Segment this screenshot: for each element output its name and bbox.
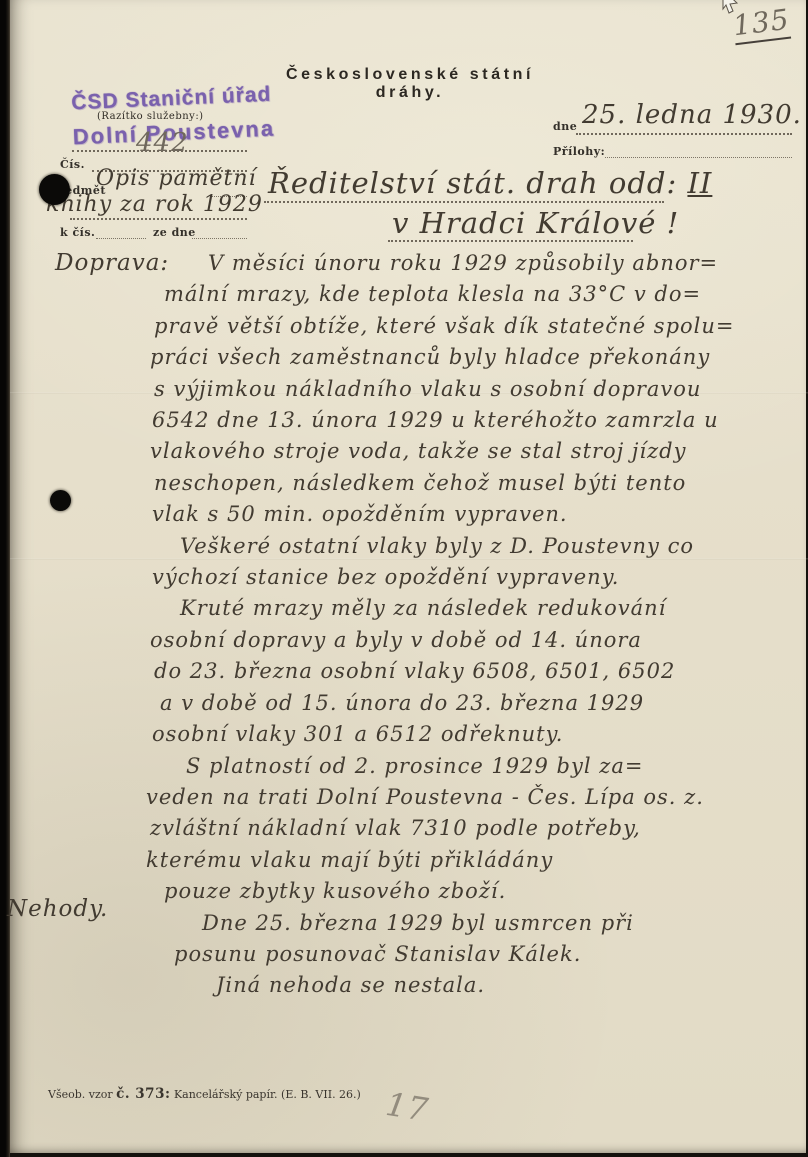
punch-hole [39, 174, 70, 205]
imprint-number: č. 373: [116, 1086, 170, 1102]
report-body-line: vlakového stroje voda, takže se stal str… [140, 436, 800, 467]
document-number: 442 [136, 128, 189, 158]
report-body-line: kterému vlaku mají býti přikládány [140, 845, 800, 876]
report-body-line: osobní dopravy a byly v době od 14. únor… [140, 625, 800, 656]
punch-hole [50, 490, 71, 511]
form-imprint: Všeob. vzor č. 373: Kancelářský papír. (… [48, 1086, 361, 1102]
report-body-line: posunu posunovač Stanislav Kálek. [140, 939, 800, 970]
report-body: V měsíci únoru roku 1929 způsobily abnor… [140, 248, 800, 1002]
report-body-line: do 23. března osobní vlaky 6508, 6501, 6… [140, 656, 800, 687]
pencil-page-number: 17 [383, 1085, 431, 1129]
margin-label-nehody: Nehody. [7, 896, 108, 922]
k-cis-label: k čís. [60, 226, 95, 239]
imprint-suffix: Kancelářský papír. (E. B. VII. 26.) [170, 1088, 360, 1101]
report-body-line: s výjimkou nákladního vlaku s osobní dop… [140, 374, 800, 405]
report-body-line: pravě větší obtíže, které však dík state… [140, 311, 800, 342]
report-body-line: Veškeré ostatní vlaky byly z D. Poustevn… [140, 531, 800, 562]
report-body-line: veden na trati Dolní Poustevna - Čes. Lí… [140, 782, 800, 813]
report-body-line: neschopen, následkem čehož musel býti te… [140, 468, 800, 499]
mouse-cursor-icon [720, 0, 742, 14]
report-body-line: Dne 25. března 1929 byl usmrcen při [140, 908, 800, 939]
report-body-line: zvláštní nákladní vlak 7310 podle potřeb… [140, 813, 800, 844]
form-rule [70, 218, 247, 220]
date-label: dne [553, 120, 577, 133]
form-rule [605, 157, 792, 158]
imprint-prefix: Všeob. vzor [48, 1088, 116, 1101]
report-body-line: Kruté mrazy měly za následek redukování [140, 593, 800, 624]
stamp-caption: (Razítko služebny:) [97, 111, 204, 122]
addressee-department-numeral: II [687, 166, 712, 200]
addressee-line1: Ředitelství stát. drah odd: II [268, 166, 712, 200]
letterhead-title: Československé státní dráhy. [250, 66, 570, 102]
report-body-line: pouze zbytky kusového zboží. [140, 876, 800, 907]
ze-dne-label: ze dne [153, 226, 196, 239]
report-body-line: mální mrazy, kde teplota klesla na 33°C … [140, 279, 800, 310]
report-body-line: vlak s 50 min. opožděním vypraven. [140, 499, 800, 530]
subject-value-line1: Opis pamětní [96, 166, 257, 191]
report-body-line: Jiná nehoda se nestala. [140, 970, 800, 1001]
report-body-line: V měsíci únoru roku 1929 způsobily abnor… [140, 248, 800, 279]
attachments-label: Přílohy: [553, 145, 605, 158]
addressee-line2: v Hradci Králové ! [392, 206, 679, 240]
report-body-line: S platností od 2. prosince 1929 byl za= [140, 751, 800, 782]
subject-value-line2: knihy za rok 1929 [46, 192, 263, 217]
form-rule [576, 133, 792, 135]
addressee-rule [388, 240, 633, 242]
report-body-line: práci všech zaměstnanců byly hladce přek… [140, 342, 800, 373]
form-rule [96, 238, 146, 239]
scan-left-edge [0, 0, 10, 1157]
scanned-document: 135 Československé státní dráhy. ČSD Sta… [0, 0, 808, 1157]
report-body-line: a v době od 15. února do 23. března 1929 [140, 688, 800, 719]
addressee-rule [264, 201, 664, 203]
date-value: 25. ledna 1930. [582, 100, 802, 130]
form-rule [192, 238, 247, 239]
addressee-line1-text: Ředitelství stát. drah odd: [268, 166, 687, 200]
report-body-line: osobní vlaky 301 a 6512 odřeknuty. [140, 719, 800, 750]
cis-label: Čís. [60, 158, 85, 171]
report-body-line: výchozí stanice bez opoždění vypraveny. [140, 562, 800, 593]
report-body-line: 6542 dne 13. února 1929 u kteréhožto zam… [140, 405, 800, 436]
